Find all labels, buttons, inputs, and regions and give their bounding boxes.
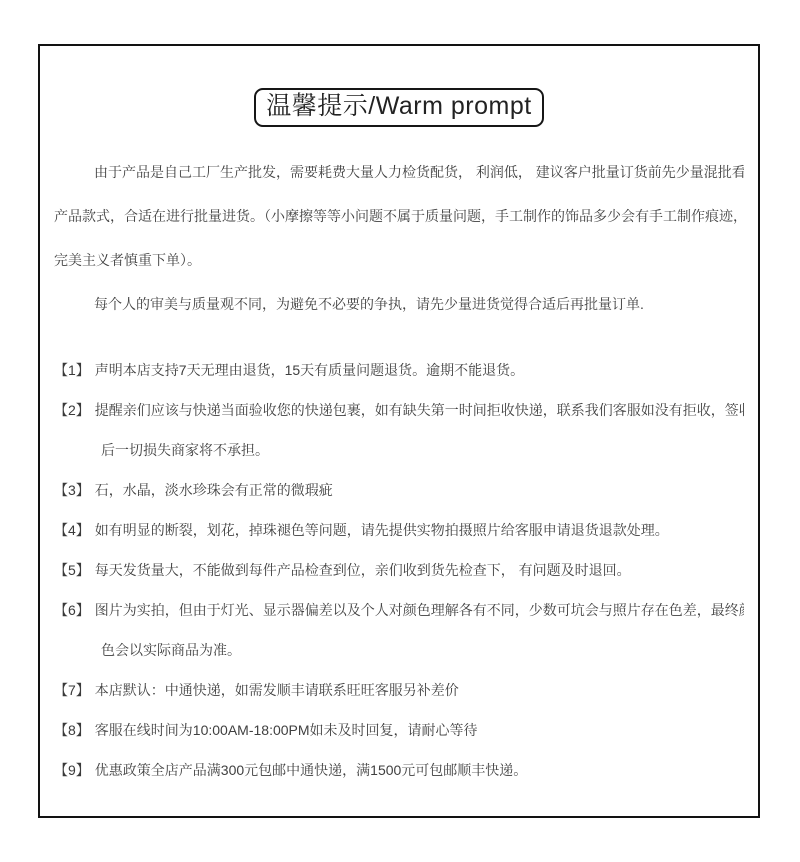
page-canvas: 温馨提示/Warm prompt 由于产品是自己工厂生产批发，需要耗费大量人力检…	[0, 0, 800, 862]
notice-item-7: 【7】本店默认：中通快递，如需发顺丰请联系旺旺客服另补差价	[54, 670, 744, 710]
notice-label: 【1】	[54, 362, 90, 378]
notice-label: 【9】	[54, 762, 90, 778]
intro-line: 由于产品是自己工厂生产批发，需要耗费大量人力检货配货， 利润低， 建议客户批量订…	[54, 150, 744, 194]
notice-item-1: 【1】声明本店支持7天无理由退货，15天有质量问题退货。逾期不能退货。	[54, 350, 744, 390]
notice-text: 提醒亲们应该与快递当面验收您的快递包裹，如有缺失第一时间拒收快递，联系我们客服如…	[95, 402, 744, 418]
notice-list: 【1】声明本店支持7天无理由退货，15天有质量问题退货。逾期不能退货。 【2】提…	[54, 350, 744, 790]
notice-label: 【6】	[54, 602, 90, 618]
intro-paragraphs: 由于产品是自己工厂生产批发，需要耗费大量人力检货配货， 利润低， 建议客户批量订…	[54, 150, 744, 326]
notice-sheet: 温馨提示/Warm prompt 由于产品是自己工厂生产批发，需要耗费大量人力检…	[38, 44, 760, 818]
notice-text: 优惠政策全店产品满300元包邮中通快递，满1500元可包邮顺丰快递。	[95, 762, 528, 778]
notice-item-9: 【9】优惠政策全店产品满300元包邮中通快递，满1500元可包邮顺丰快递。	[54, 750, 744, 790]
intro-line: 产品款式，合适在进行批量进货。（小摩擦等等小问题不属于质量问题，手工制作的饰品多…	[54, 194, 744, 238]
notice-label: 【5】	[54, 562, 90, 578]
intro-line: 完美主义者慎重下单）。	[54, 238, 744, 282]
notice-text: 图片为实拍，但由于灯光、显示器偏差以及个人对颜色理解各有不同，少数可坑会与照片存…	[95, 602, 744, 618]
notice-label: 【7】	[54, 682, 90, 698]
notice-item-8: 【8】客服在线时间为10:00AM-18:00PM如未及时回复，请耐心等待	[54, 710, 744, 750]
notice-label: 【3】	[54, 482, 90, 498]
notice-text-continuation: 后一切损失商家将不承担。	[54, 430, 744, 470]
notice-label: 【4】	[54, 522, 90, 538]
notice-text: 每天发货量大，不能做到每件产品检查到位，亲们收到货先检查下， 有问题及时退回。	[95, 562, 631, 578]
notice-text: 声明本店支持7天无理由退货，15天有质量问题退货。逾期不能退货。	[95, 362, 524, 378]
notice-text: 如有明显的断裂，划花，掉珠褪色等问题，请先提供实物拍摄照片给客服申请退货退款处理…	[95, 522, 669, 538]
notice-label: 【8】	[54, 722, 90, 738]
notice-text: 石，水晶，淡水珍珠会有正常的微瑕疵	[95, 482, 333, 498]
notice-text: 本店默认：中通快递，如需发顺丰请联系旺旺客服另补差价	[95, 682, 459, 698]
notice-text: 客服在线时间为10:00AM-18:00PM如未及时回复，请耐心等待	[95, 722, 478, 738]
notice-text-continuation: 色会以实际商品为准。	[54, 630, 744, 670]
notice-label: 【2】	[54, 402, 90, 418]
notice-item-2: 【2】提醒亲们应该与快递当面验收您的快递包裹，如有缺失第一时间拒收快递，联系我们…	[54, 390, 744, 470]
notice-item-3: 【3】石，水晶，淡水珍珠会有正常的微瑕疵	[54, 470, 744, 510]
page-title: 温馨提示/Warm prompt	[254, 88, 543, 127]
notice-item-5: 【5】每天发货量大，不能做到每件产品检查到位，亲们收到货先检查下， 有问题及时退…	[54, 550, 744, 590]
notice-item-4: 【4】如有明显的断裂，划花，掉珠褪色等问题，请先提供实物拍摄照片给客服申请退货退…	[54, 510, 744, 550]
title-row: 温馨提示/Warm prompt	[54, 88, 744, 128]
notice-item-6: 【6】图片为实拍，但由于灯光、显示器偏差以及个人对颜色理解各有不同，少数可坑会与…	[54, 590, 744, 670]
intro-line: 每个人的审美与质量观不同，为避免不必要的争执，请先少量进货觉得合适后再批量订单.	[54, 282, 744, 326]
